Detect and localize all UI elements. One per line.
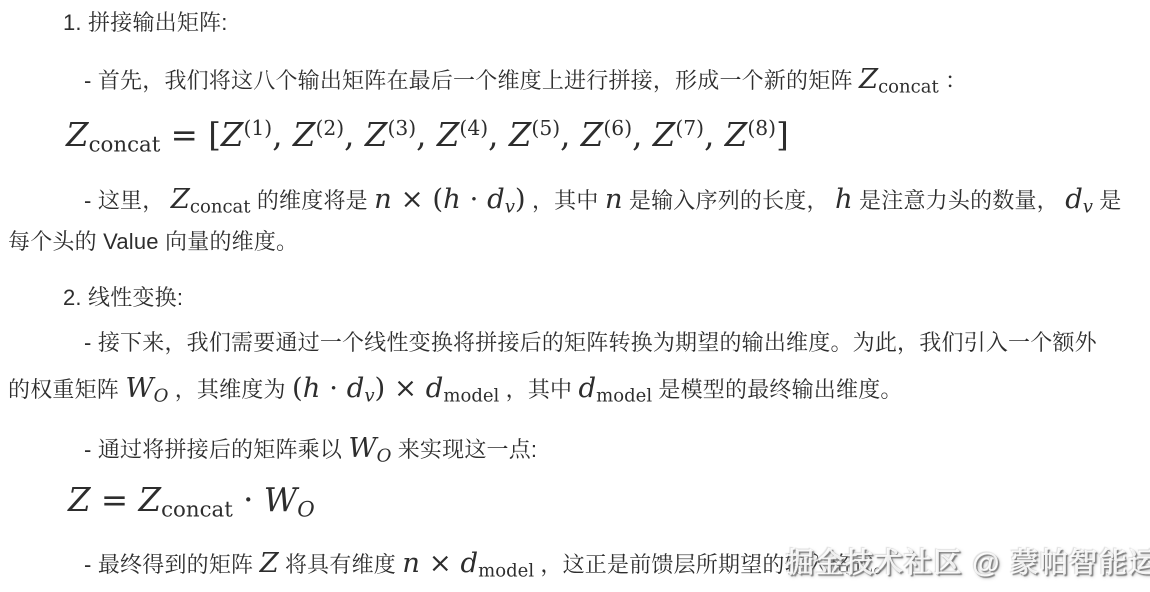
math-segment: h <box>303 372 321 404</box>
math-segment: concat <box>161 497 233 522</box>
math-segment: model <box>596 386 652 407</box>
math-segment: W <box>264 481 297 519</box>
math-segment: Z <box>260 547 279 579</box>
text-segment: ，其中 <box>499 377 578 402</box>
math-segment: , <box>560 116 581 154</box>
math-segment: , <box>632 116 653 154</box>
math-segment: Z <box>653 116 676 154</box>
math-segment: , <box>344 116 365 154</box>
text-segment: 来实现这一点: <box>391 437 537 462</box>
formula-z-output: Z = Zconcat · WO <box>68 478 315 532</box>
math-segment: d <box>1065 183 1083 215</box>
heading-step-1: 1. 拼接输出矩阵: <box>63 5 228 41</box>
math-segment: d <box>426 372 444 404</box>
math-segment: Z <box>171 183 190 215</box>
math-segment: n <box>402 547 420 579</box>
math-segment: (5) <box>531 116 560 140</box>
math-segment: Z <box>68 481 91 519</box>
math-segment: O <box>154 386 169 407</box>
math-segment: (3) <box>387 116 416 140</box>
math-segment: , <box>704 116 725 154</box>
para-dimension-line1: - 这里， Zconcat 的维度将是 n × (h · dv) ，其中 n 是… <box>84 181 1122 226</box>
text-segment: 是模型的最终输出维度。 <box>652 377 903 402</box>
math-segment: · <box>461 183 487 215</box>
math-segment: , <box>488 116 509 154</box>
math-segment: (7) <box>675 116 704 140</box>
text-segment: - 首先，我们将这八个输出矩阵在最后一个维度上进行拼接，形成一个新的矩阵 <box>84 68 859 93</box>
para-concat-intro: - 首先，我们将这八个输出矩阵在最后一个维度上进行拼接，形成一个新的矩阵 Zco… <box>84 61 967 106</box>
para-dimension-line2: 每个头的 Value 向量的维度。 <box>8 224 298 260</box>
math-segment: O <box>377 446 392 467</box>
math-segment: concat <box>89 132 161 157</box>
text-segment: 是 <box>1093 188 1122 213</box>
text-segment: - 最终得到的矩阵 <box>84 552 260 577</box>
math-segment: h <box>835 183 853 215</box>
text-segment: 1. 拼接输出矩阵: <box>63 10 228 35</box>
math-segment: n <box>605 183 623 215</box>
formula-z-concat: Zconcat = [Z(1), Z(2), Z(3), Z(4), Z(5),… <box>66 106 789 167</box>
text-segment: - 通过将拼接后的矩阵乘以 <box>84 437 348 462</box>
math-segment: d <box>579 372 597 404</box>
math-segment: × ( <box>392 183 443 215</box>
math-segment: (2) <box>315 116 344 140</box>
math-segment: n <box>374 183 392 215</box>
math-segment: d <box>347 372 365 404</box>
math-segment: = <box>91 481 139 519</box>
text-segment: 2. 线性变换: <box>63 285 183 310</box>
math-segment: Z <box>221 116 244 154</box>
text-segment: ，其中 <box>526 188 605 213</box>
math-segment: v <box>1083 197 1093 218</box>
math-segment: , <box>272 116 293 154</box>
math-segment: (6) <box>603 116 632 140</box>
math-segment: ) <box>515 183 526 215</box>
text-segment: 的维度将是 <box>251 188 375 213</box>
text-segment: 将具有维度 <box>279 552 403 577</box>
math-segment: ( <box>292 372 303 404</box>
math-segment: Z <box>859 63 878 95</box>
math-segment: W <box>348 432 376 464</box>
math-segment: Z <box>139 481 162 519</box>
math-segment: · <box>320 372 346 404</box>
math-segment: Z <box>509 116 532 154</box>
para-linear-line1: - 接下来，我们需要通过一个线性变换将拼接后的矩阵转换为期望的输出维度。为此，我… <box>84 325 1097 361</box>
math-segment: h <box>443 183 461 215</box>
text-segment: ： <box>939 68 968 93</box>
para-linear-line2: 的权重矩阵 WO ，其维度为 (h · dv) × dmodel ，其中 dmo… <box>8 370 903 415</box>
math-segment: concat <box>190 197 251 218</box>
watermark: 掘金技术社区 @ 蒙帕智能运维 <box>786 541 1150 581</box>
math-segment: d <box>487 183 505 215</box>
heading-step-2: 2. 线性变换: <box>63 280 183 316</box>
math-segment: Z <box>365 116 388 154</box>
para-final-dimension: - 最终得到的矩阵 Z 将具有维度 n × dmodel ，这正是前馈层所期望的… <box>84 545 896 590</box>
text-segment: - 接下来，我们需要通过一个线性变换将拼接后的矩阵转换为期望的输出维度。为此，我… <box>84 330 1097 355</box>
math-segment: · <box>233 481 264 519</box>
math-segment: (8) <box>747 116 776 140</box>
math-segment: W <box>125 372 153 404</box>
text-segment: ，其维度为 <box>168 377 292 402</box>
math-segment: model <box>443 386 499 407</box>
math-segment: = [ <box>160 116 221 154</box>
math-segment: d <box>461 547 479 579</box>
math-segment: v <box>364 386 374 407</box>
math-segment: (1) <box>243 116 272 140</box>
math-segment: Z <box>66 116 89 154</box>
math-segment: Z <box>725 116 748 154</box>
math-segment: ) × <box>375 372 426 404</box>
text-segment: 每个头的 Value 向量的维度。 <box>8 229 298 254</box>
math-segment: model <box>478 561 534 582</box>
text-segment: 是注意力头的数量， <box>853 188 1065 213</box>
math-segment: , <box>416 116 437 154</box>
math-segment: Z <box>581 116 604 154</box>
text-segment: 是输入序列的长度， <box>623 188 835 213</box>
text-segment: - 这里， <box>84 188 171 213</box>
math-segment: (4) <box>459 116 488 140</box>
math-segment: v <box>505 197 515 218</box>
para-multiply: - 通过将拼接后的矩阵乘以 WO 来实现这一点: <box>84 430 537 475</box>
math-segment: concat <box>878 77 939 98</box>
math-segment: Z <box>437 116 460 154</box>
math-segment: O <box>297 497 314 522</box>
math-segment: ] <box>776 116 789 154</box>
math-segment: Z <box>293 116 316 154</box>
math-segment: × <box>420 547 461 579</box>
text-segment: 的权重矩阵 <box>8 377 125 402</box>
